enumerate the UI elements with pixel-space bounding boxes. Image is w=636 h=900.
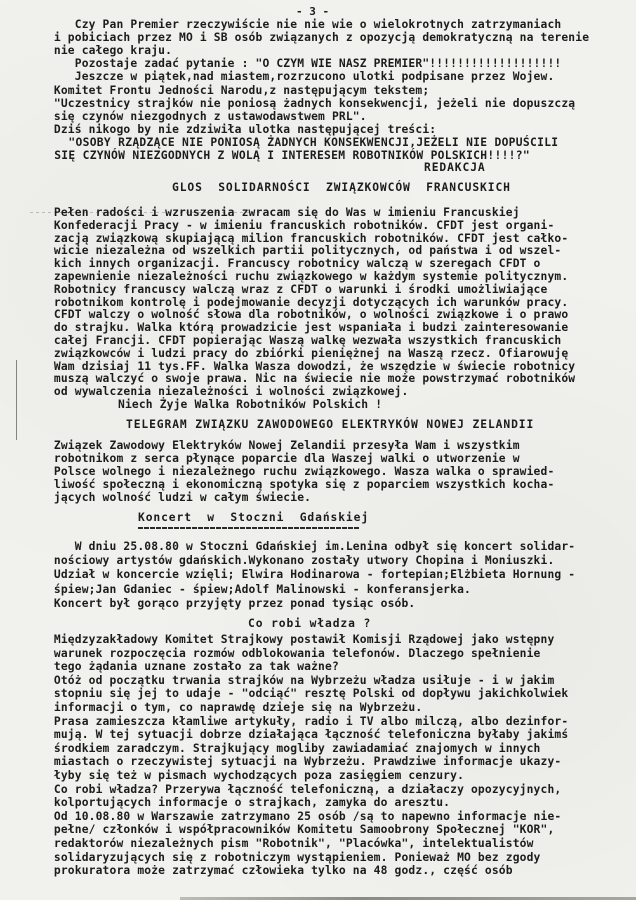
text-line: jących wolność ludzi w całym świecie. — [40, 491, 311, 504]
text-line: Pełen radości i wzruszenia zwracam się d… — [40, 206, 520, 219]
text-line: Prasa zamieszcza kłamliwe artykuły, radi… — [40, 715, 568, 728]
text-line: W dniu 25.08.80 w Stoczni Gdańskiej im.L… — [40, 540, 575, 553]
heading-underline — [138, 527, 360, 529]
text-line: Konfederacji Pracy - w imieniu francuski… — [40, 219, 554, 232]
text-line: informacji o tym, co naprawdę dzieje się… — [40, 701, 422, 714]
text-line: kich innych organizacji. Francuscy robot… — [40, 257, 541, 270]
text-line: "OSOBY RZĄDZĄCE NIE PONIOSĄ ŻADNYCH KONS… — [40, 136, 558, 149]
text-line: Pozostaje zadać pytanie : "O CZYM WIE NA… — [40, 57, 561, 70]
text-line: zapewnienie niezależności ruchu związkow… — [40, 270, 568, 283]
text-line: Czy Pan Premier rzeczywiście nie nie wie… — [40, 18, 561, 31]
text-line: się czynów niezgodnych z ustawodawstwem … — [40, 110, 367, 123]
text-line: Od 10.08.80 w Warszawie zatrzymano 25 os… — [40, 810, 561, 823]
margin-line — [16, 360, 17, 440]
text-line: nie całego kraju. — [40, 44, 172, 57]
text-line: robotnikom kontrolę i podejmowanie decyz… — [40, 296, 568, 309]
text-line: śpiew;Jan Gdaniec - śpiew;Adolf Malinows… — [40, 583, 471, 596]
page-number: - 3 - — [296, 5, 329, 18]
text-line: Międzyzakładowy Komitet Strajkowy postaw… — [40, 633, 554, 646]
text-line: Koncert był gorąco przyjęty przez ponad … — [40, 597, 415, 610]
text-line: środkiem zaradczym. Strajkujący mogliby … — [40, 742, 541, 755]
text-line: solidaryzujących się z robotniczym wystą… — [40, 851, 541, 864]
text-line: miastach o rzeczywistej sytuacji na Wybr… — [40, 755, 561, 768]
text-line: Polsce wolnego i niezależnego ruchu zwią… — [40, 465, 554, 478]
text-line: Co robi władza? Przerywa łączność telefo… — [40, 783, 561, 796]
text-line: i pobiciach przez MO i SB osób związanyc… — [40, 31, 589, 44]
text-line: zacją związkową skupiającą milion francu… — [40, 232, 568, 245]
text-line: od wywalczenia niezależności i wolności … — [40, 385, 408, 398]
heading-what-authorities-do: Co robi władza ? — [248, 617, 371, 630]
text-line: redaktorów niezależnych pism "Robotnik",… — [40, 837, 534, 850]
text-line: muszą walczyć o swoje prawa. Nic na świe… — [40, 372, 575, 385]
text-line: łyby się też w pismach wychodzących poza… — [40, 769, 464, 782]
signature-redakcja: REDAKCJA — [424, 161, 486, 174]
heading-nz-telegram: TELEGRAM ZWIĄZKU ZAWODOWEGO ELEKTRYKÓW N… — [126, 418, 534, 431]
text-line: mują. W tej sytuacji dobrze działająca ł… — [40, 728, 568, 741]
closing-slogan: Niech Żyje Walka Robotników Polskich ! — [118, 398, 382, 411]
text-line: Otóż od początku trwania strajków na Wyb… — [40, 674, 554, 687]
text-line: "Uczestnicy strajków nie poniosą żadnych… — [40, 97, 575, 110]
text-line: wicie niezależna od wszelkich partii pol… — [40, 244, 561, 257]
heading-french-solidarity: GLOS SOLIDARNOŚCI ZWIĄZKOWCÓW FRANCUSKIC… — [172, 181, 511, 194]
text-line: kolportujących informacje o strajkach, z… — [40, 796, 450, 809]
text-line: Komitet Frontu Jedności Narodu,z następu… — [40, 84, 429, 97]
text-line: stopniu się jej to udaje - "odciąć" resz… — [40, 687, 568, 700]
text-line: tego żądania uznane zostało za tak ważne… — [40, 660, 339, 673]
text-line: Dziś nikogo by nie zdziwiła ulotka nastę… — [40, 123, 436, 136]
text-line: do strajku. Walka którą prowadzicie jest… — [40, 321, 568, 334]
text-line: nościowy artystów gdańskich.Wykonano zos… — [40, 554, 554, 567]
text-line: liwość społeczną i ekonomiczną spotyka s… — [40, 478, 554, 491]
heading-shipyard-concert: Koncert w Stoczni Gdańskiej — [138, 511, 369, 524]
text-line: pełne/ członków i współpracowników Komit… — [40, 823, 554, 836]
text-line: Wam dzisiaj 11 tys.FF. Walka Wasza dowod… — [40, 360, 575, 373]
text-line: związkowców i ludzi pracy do zbiórki pie… — [40, 347, 568, 360]
text-line: robotnikom z serca płynące poparcie dla … — [40, 452, 520, 465]
text-line: prokuratora może zatrzymać człowieka tyl… — [40, 864, 513, 877]
text-line: Udział w koncercie wzięli; Elwira Hodina… — [40, 568, 575, 581]
document-page: - 3 - Czy Pan Premier rzeczywiście nie n… — [0, 0, 636, 900]
text-line: Związek Zawodowy Elektryków Nowej Zeland… — [40, 439, 520, 452]
text-line: Robotnicy francuscy walczą wraz z CFDT o… — [40, 283, 547, 296]
text-line: CFDT walczy o wolność słowa dla robotnik… — [40, 308, 568, 321]
text-line: Jeszcze w piątek,nad miastem,rozrzucono … — [40, 70, 554, 83]
text-line: warunek rozpoczęcia rozmów odblokowania … — [40, 647, 541, 660]
text-line: całej Francji. CFDT popierając Waszą wal… — [40, 334, 561, 347]
